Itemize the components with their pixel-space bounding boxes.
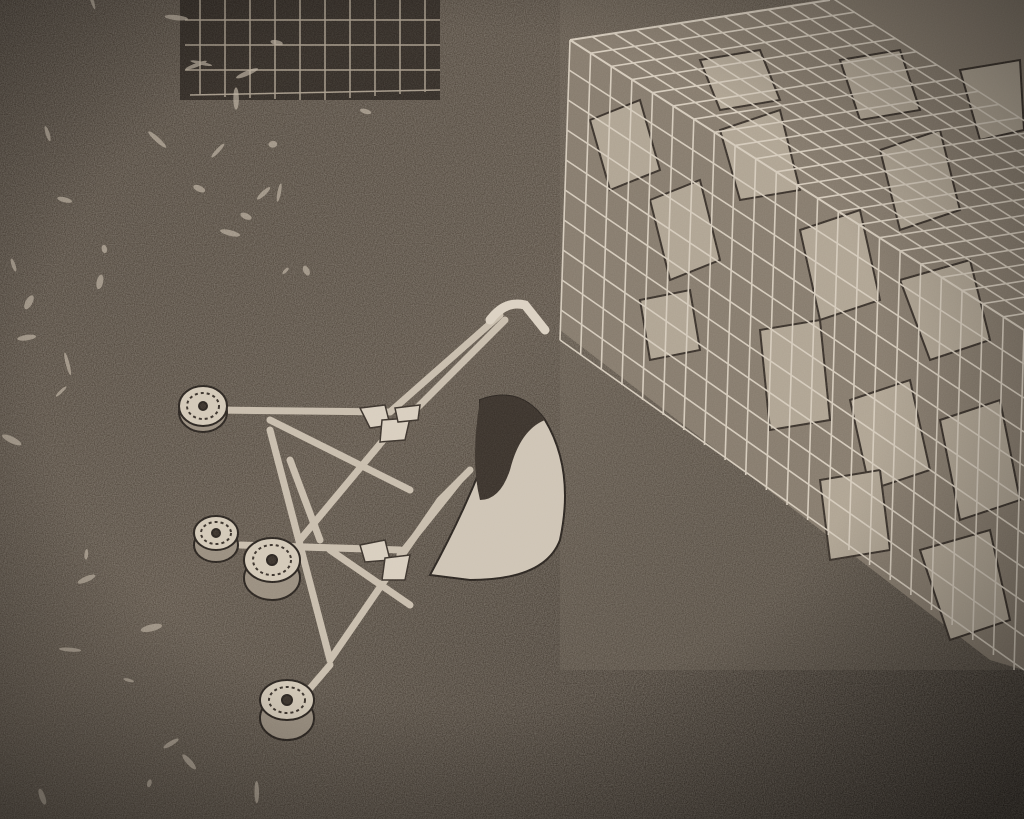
photograph bbox=[0, 0, 1024, 819]
